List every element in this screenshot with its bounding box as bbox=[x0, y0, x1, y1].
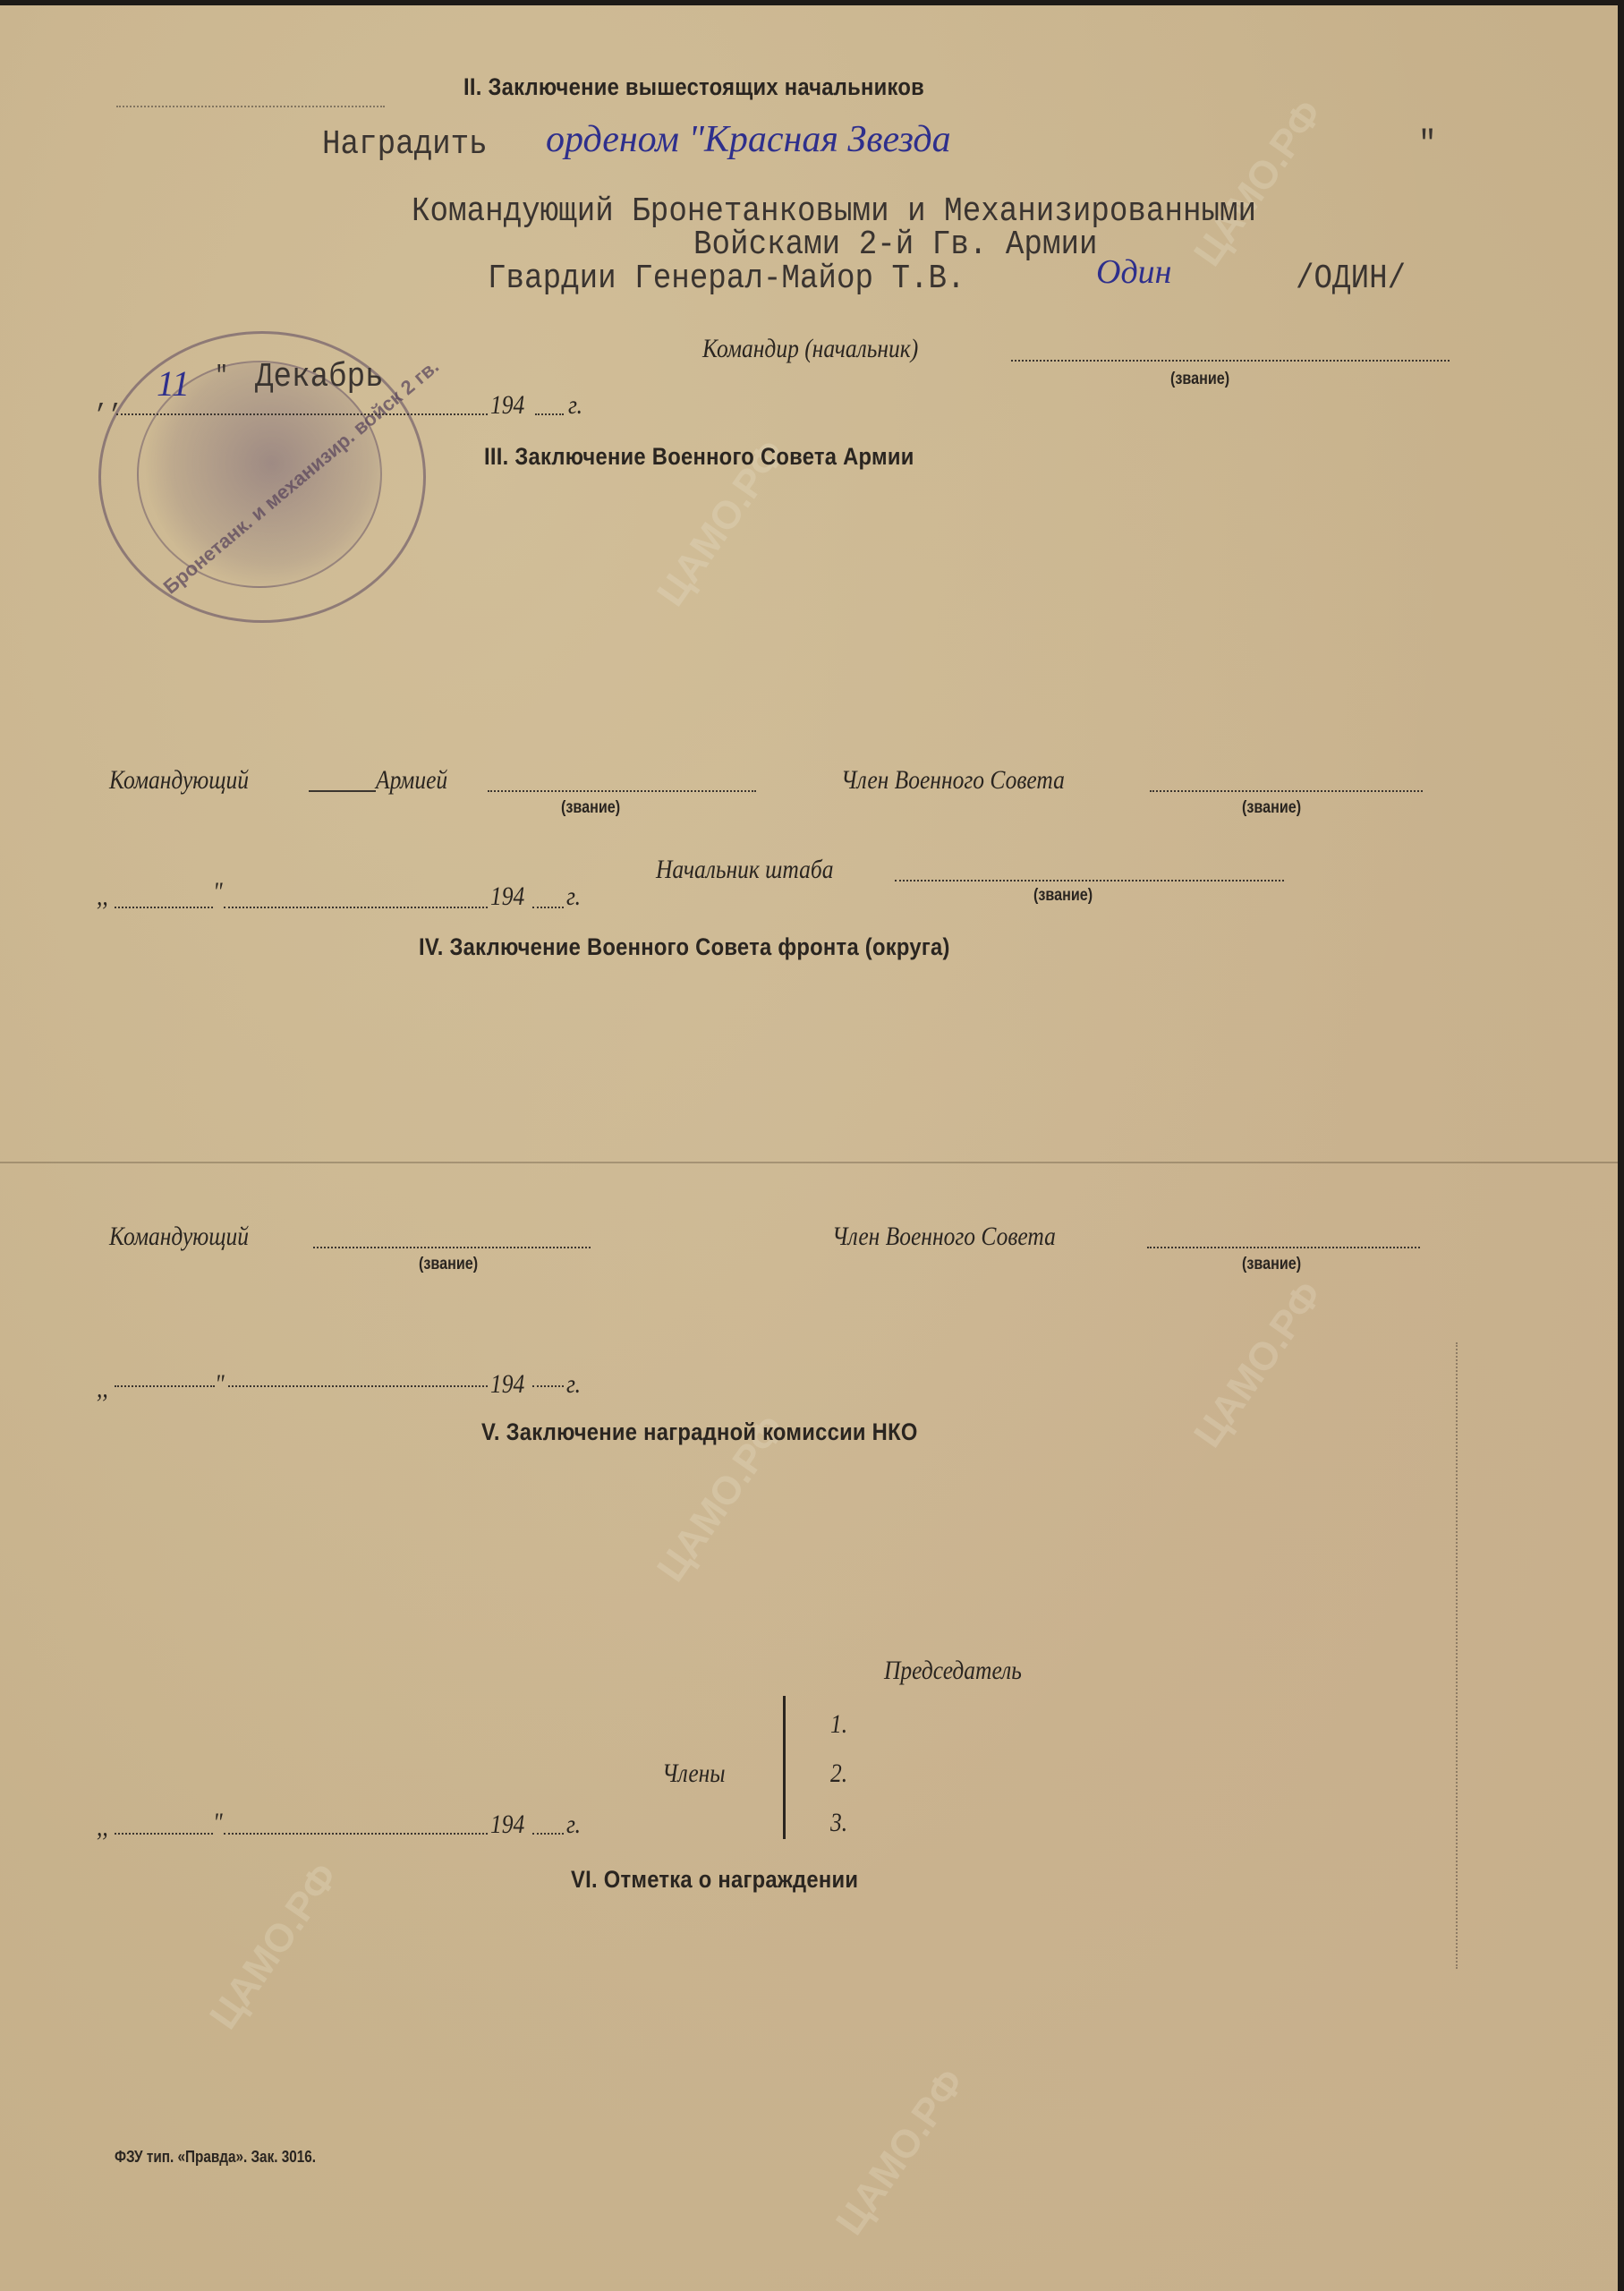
printer-imprint: ФЗУ тип. «Правда». Зак. 3016. bbox=[115, 2148, 316, 2167]
date-open-quote: ,, bbox=[97, 1374, 108, 1404]
section-5-heading: V. Заключение наградной комиссии НКО bbox=[481, 1418, 918, 1446]
commander-label: Командир (начальник) bbox=[702, 334, 918, 364]
section-2-heading: II. Заключение вышестоящих начальников bbox=[463, 73, 924, 101]
year-field[interactable] bbox=[532, 1385, 564, 1387]
year-field[interactable] bbox=[532, 1833, 564, 1835]
council-member-label: Член Военного Совета bbox=[832, 1222, 1056, 1252]
scan-right-edge bbox=[1618, 0, 1624, 2291]
signature: Один bbox=[1096, 252, 1172, 292]
signer-title-line2: Войсками 2-й Гв. Армии bbox=[693, 226, 1098, 264]
date-month-field[interactable] bbox=[224, 907, 488, 908]
member-2: 2. bbox=[830, 1759, 847, 1789]
date-day: 11 bbox=[157, 362, 190, 405]
scan-top-edge bbox=[0, 0, 1624, 5]
members-brace bbox=[783, 1696, 798, 1839]
commander-field[interactable] bbox=[1011, 360, 1450, 362]
rank-label: (звание) bbox=[1242, 798, 1301, 818]
date-close-quote: " bbox=[213, 1808, 223, 1838]
date-suffix: г. bbox=[568, 390, 582, 421]
date-month: Декабрь bbox=[255, 358, 384, 396]
date-year: 194 bbox=[490, 881, 524, 912]
date-year: 194 bbox=[490, 390, 524, 421]
date-close-quote: " bbox=[215, 362, 228, 390]
date-suffix: г. bbox=[566, 881, 581, 912]
date-day-field[interactable] bbox=[115, 1833, 213, 1835]
member-1: 1. bbox=[830, 1709, 847, 1740]
chief-of-staff-label: Начальник штаба bbox=[656, 855, 833, 885]
date-month-field[interactable] bbox=[228, 1385, 488, 1387]
section-3-heading: III. Заключение Военного Совета Армии bbox=[484, 443, 914, 471]
date-close-quote: " bbox=[215, 1369, 225, 1400]
section-6-heading: VI. Отметка о награждении bbox=[571, 1866, 858, 1894]
date-open-quote: ,, bbox=[97, 1812, 108, 1843]
front-commander-label: Командующий bbox=[109, 1222, 249, 1252]
rank-label: (звание) bbox=[1242, 1255, 1301, 1274]
date-suffix: г. bbox=[566, 1810, 581, 1840]
council-member-field[interactable] bbox=[1147, 1247, 1420, 1248]
front-commander-field[interactable] bbox=[313, 1247, 591, 1248]
date-close-quote: " bbox=[213, 877, 223, 907]
signer-title-line3: Гвардии Генерал-Майор Т.В. bbox=[488, 260, 965, 298]
award-close-quote: " bbox=[1418, 125, 1437, 164]
award-handwritten: орденом "Красная Звезда bbox=[546, 118, 951, 161]
year-field[interactable] bbox=[532, 907, 564, 908]
rank-label: (звание) bbox=[1033, 886, 1093, 906]
year-field[interactable] bbox=[535, 413, 564, 415]
chief-of-staff-field[interactable] bbox=[895, 880, 1284, 881]
army-commander-field[interactable] bbox=[488, 790, 756, 792]
commander-field-prefix bbox=[309, 790, 376, 792]
members-label: Члены bbox=[662, 1759, 726, 1789]
date-day-field[interactable] bbox=[115, 1385, 215, 1387]
chairman-label: Председатель bbox=[884, 1656, 1022, 1686]
award-prefix: Наградить bbox=[322, 125, 488, 164]
army-commander-label: Командующий bbox=[109, 765, 249, 796]
date-year: 194 bbox=[490, 1810, 524, 1840]
date-open-quote: ,, bbox=[97, 881, 108, 912]
army-commander-typed: Армией bbox=[376, 765, 447, 796]
council-member-label: Член Военного Совета bbox=[841, 765, 1065, 796]
vertical-fold-line bbox=[1456, 1342, 1458, 1969]
signer-name: /ОДИН/ bbox=[1296, 260, 1406, 298]
date-open-quote: ,, bbox=[95, 385, 123, 415]
rank-label: (звание) bbox=[1170, 370, 1229, 389]
date-month-field[interactable] bbox=[224, 1833, 488, 1835]
date-field[interactable] bbox=[116, 413, 488, 415]
date-day-field[interactable] bbox=[115, 907, 213, 908]
rank-label: (звание) bbox=[561, 798, 620, 818]
council-member-field[interactable] bbox=[1150, 790, 1423, 792]
date-suffix: г. bbox=[566, 1369, 581, 1400]
faint-dotted-line bbox=[116, 106, 385, 107]
paper-fold-line bbox=[0, 1162, 1618, 1163]
member-3: 3. bbox=[830, 1808, 847, 1838]
rank-label: (звание) bbox=[419, 1255, 478, 1274]
date-year: 194 bbox=[490, 1369, 524, 1400]
section-4-heading: IV. Заключение Военного Совета фронта (о… bbox=[419, 933, 950, 961]
